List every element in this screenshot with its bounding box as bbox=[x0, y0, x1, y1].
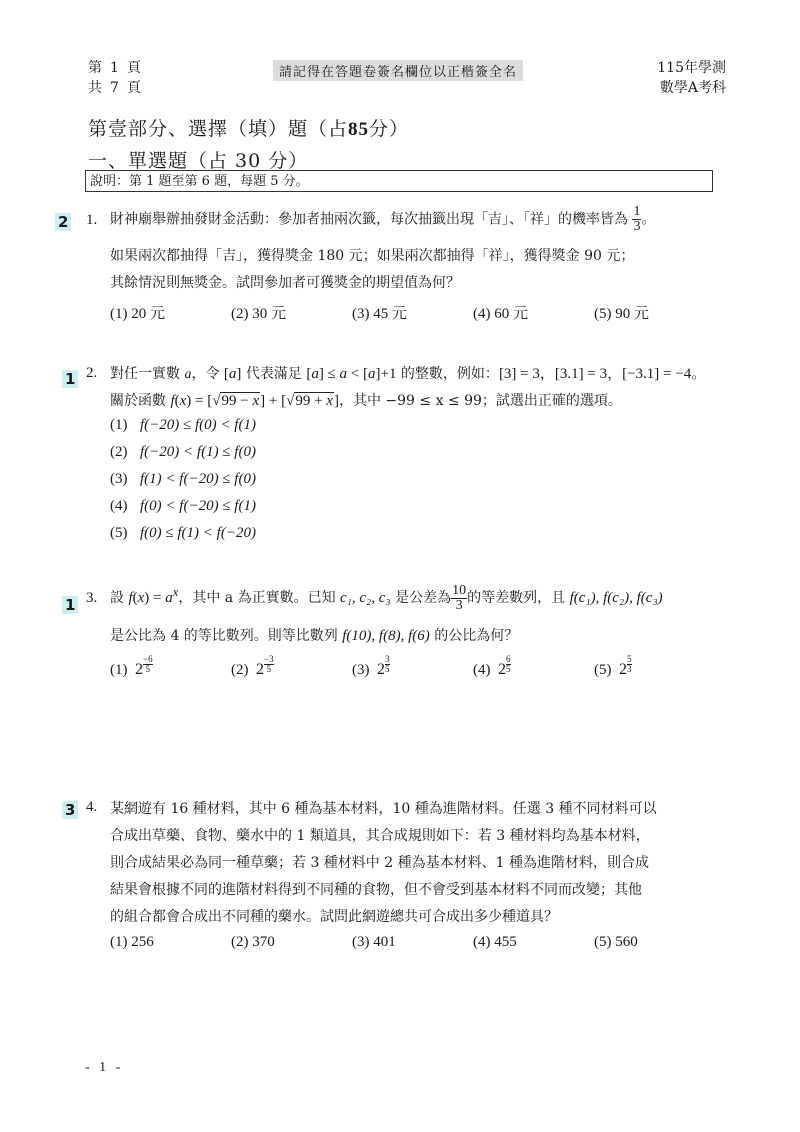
option-expression: f(0) ≤ f(1) < f(−20) bbox=[140, 525, 256, 541]
signature-reminder: 請記得在答題卷簽名欄位以正楷簽全名 bbox=[273, 60, 523, 81]
numerator: 10 bbox=[451, 584, 467, 599]
function-definition: f(x) = ax bbox=[128, 590, 178, 606]
option[interactable]: (5) 560 bbox=[594, 934, 715, 951]
page-label-suffix: 頁 bbox=[127, 58, 141, 78]
power-expression: 235 bbox=[377, 661, 390, 678]
question-text: 的整數，例如： bbox=[396, 366, 498, 382]
question-4-line-4: 結果會根據不同的進階材料得到不同種的食物，但不會受到基本材料不同而改變；其他 bbox=[110, 880, 642, 900]
option[interactable]: (4) 455 bbox=[473, 934, 594, 951]
instructions-box: 說明：第 1 題至第 6 題，每題 5 分。 bbox=[85, 170, 713, 192]
option[interactable]: (3)f(1) < f(−20) ≤ f(0) bbox=[110, 466, 256, 493]
question-2-line-2: 關於函數 f(x) = [√99 − x] + [√99 + x]，其中 −99… bbox=[110, 391, 622, 411]
option[interactable]: (4) 60 元 bbox=[473, 302, 594, 323]
option[interactable]: (5) 253 bbox=[594, 655, 715, 679]
base: 2 bbox=[498, 661, 506, 678]
answer-badge: 2 bbox=[55, 212, 71, 231]
option[interactable]: (3) 45 元 bbox=[352, 302, 473, 323]
question-4-line-5: 的組合都會合成出不同種的藥水。試問此網遊總共可合成出多少種道具？ bbox=[110, 907, 558, 927]
question-text: 財神廟舉辦抽發財金活動：參加者抽兩次籤，每次抽籤出現「吉」、「祥」的機率皆為 bbox=[110, 212, 628, 228]
option[interactable]: (4) 265 bbox=[473, 655, 594, 679]
option[interactable]: (1) 20 元 bbox=[110, 302, 231, 323]
answer-badge: 3 bbox=[62, 800, 78, 819]
question-3-options: (1) 2−65 (2) 2−35 (3) 235 (4) 265 (5) 25… bbox=[110, 655, 715, 679]
option[interactable]: (2) 2−35 bbox=[231, 655, 352, 679]
answer-badge: 1 bbox=[62, 369, 78, 388]
exponent-denominator: 5 bbox=[506, 665, 511, 674]
page-counter: 第1頁 共7頁 bbox=[88, 58, 141, 98]
page-number: 1 bbox=[110, 58, 119, 78]
option-label: (2) bbox=[110, 439, 140, 466]
power-expression: 265 bbox=[498, 661, 511, 678]
exam-info: 115年學測 數學A考科 bbox=[657, 58, 726, 98]
question-number: 1. bbox=[86, 212, 97, 229]
section-title-prefix: 第壹部分、選擇（填）題（占 bbox=[88, 118, 348, 140]
power-expression: 2−65 bbox=[135, 661, 153, 678]
option[interactable]: (1)f(−20) ≤ f(0) < f(1) bbox=[110, 412, 256, 439]
sequence-c: c₁, c₂, c₃ bbox=[340, 590, 391, 606]
option[interactable]: (3) 401 bbox=[352, 934, 473, 951]
floor-inequality: [a] ≤ a < [a]+1 bbox=[306, 366, 396, 382]
option-expression: f(1) < f(−20) ≤ f(0) bbox=[140, 471, 256, 487]
option-label: (1) bbox=[110, 412, 140, 439]
option-label: (4) bbox=[110, 493, 140, 520]
option[interactable]: (4)f(0) < f(−20) ≤ f(1) bbox=[110, 493, 256, 520]
answer-badge-value: 1 bbox=[62, 596, 78, 614]
option-label: (3) bbox=[352, 662, 370, 678]
option-expression: f(−20) < f(1) ≤ f(0) bbox=[140, 444, 256, 460]
option[interactable]: (5)f(0) ≤ f(1) < f(−20) bbox=[110, 520, 256, 547]
question-text: 關於函數 bbox=[110, 393, 170, 409]
question-1-line-3: 其餘情況則無獎金。試問參加者可獲獎金的期望值為何？ bbox=[110, 273, 460, 293]
question-text: 的公比為何？ bbox=[430, 628, 518, 644]
option-label: (3) bbox=[110, 466, 140, 493]
option-label: (5) bbox=[594, 662, 612, 678]
question-4-line-3: 則合成結果必為同一種草藥；若 3 種材料中 2 種為基本材料、1 種為進階材料，… bbox=[110, 853, 649, 873]
base: 2 bbox=[256, 661, 264, 678]
question-text: ，令 bbox=[191, 366, 223, 382]
question-1-line-2: 如果兩次都抽得「吉」，獲得獎金 180 元；如果兩次都抽得「祥」，獲得獎金 90… bbox=[110, 246, 634, 266]
question-3-line-1: 設 f(x) = ax，其中 a 為正實數。已知 c₁, c₂, c₃ 是公差為… bbox=[110, 582, 663, 613]
option-expression: f(0) < f(−20) ≤ f(1) bbox=[140, 498, 256, 514]
question-text: ，其中 a 為正實數。已知 bbox=[178, 590, 340, 606]
question-text: 設 bbox=[110, 590, 128, 606]
answer-badge-value: 1 bbox=[62, 370, 78, 388]
page-footer: - 1 - bbox=[85, 1060, 123, 1076]
base: 2 bbox=[135, 661, 143, 678]
base: 2 bbox=[619, 661, 627, 678]
question-text: 是公差為 bbox=[391, 590, 451, 606]
floor-a: [a] bbox=[224, 366, 242, 382]
punctuation: 。 bbox=[641, 212, 655, 228]
option-label: (4) bbox=[473, 662, 491, 678]
geometric-sequence: f(c₁), f(c₂), f(c₃) bbox=[570, 590, 663, 606]
option[interactable]: (1) 2−65 bbox=[110, 655, 231, 679]
section-title-suffix: 分） bbox=[369, 118, 409, 140]
page-label: 第 bbox=[88, 58, 102, 78]
base: 2 bbox=[377, 661, 385, 678]
denominator: 3 bbox=[456, 599, 463, 613]
total-label: 共 bbox=[88, 78, 102, 98]
fraction: 103 bbox=[451, 584, 467, 613]
question-2-line-1: 對任一實數 a，令 [a] 代表滿足 [a] ≤ a < [a]+1 的整數，例… bbox=[110, 364, 706, 385]
question-1-line-1: 財神廟舉辦抽發財金活動：參加者抽兩次籤，每次抽籤出現「吉」、「祥」的機率皆為 1… bbox=[110, 205, 655, 234]
question-text: 對任一實數 bbox=[110, 366, 184, 382]
exam-subject: 數學A考科 bbox=[657, 78, 726, 98]
question-text: 的等差數列，且 bbox=[467, 590, 569, 606]
floor-examples: [3] = 3，[3.1] = 3，[−3.1] = −4。 bbox=[499, 366, 706, 382]
question-1-options: (1) 20 元 (2) 30 元 (3) 45 元 (4) 60 元 (5) … bbox=[110, 302, 715, 323]
section-score: 85 bbox=[348, 119, 369, 140]
option[interactable]: (2) 30 元 bbox=[231, 302, 352, 323]
question-4-line-2: 合成出草藥、食物、藥水中的 1 類道具，其合成規則如下：若 3 種材料均為基本材… bbox=[110, 826, 650, 846]
denominator: 3 bbox=[633, 220, 640, 234]
option[interactable]: (2)f(−20) < f(1) ≤ f(0) bbox=[110, 439, 256, 466]
answer-badge-value: 2 bbox=[55, 213, 71, 231]
question-2-options: (1)f(−20) ≤ f(0) < f(1) (2)f(−20) < f(1)… bbox=[110, 412, 256, 547]
question-4-line-1: 某網遊有 16 種材料，其中 6 種為基本材料，10 種為進階材料。任選 3 種… bbox=[110, 799, 657, 819]
option-label: (1) bbox=[110, 662, 128, 678]
question-text: 是公比為 4 的等比數列。則等比數列 bbox=[110, 628, 342, 644]
exponent-denominator: 5 bbox=[267, 665, 272, 674]
answer-badge: 1 bbox=[62, 595, 78, 614]
question-number: 2. bbox=[86, 365, 97, 382]
question-number: 4. bbox=[86, 799, 97, 816]
total-label-suffix: 頁 bbox=[127, 78, 141, 98]
total-pages: 7 bbox=[110, 78, 119, 98]
power-expression: 2−35 bbox=[256, 661, 274, 678]
question-number: 3. bbox=[86, 590, 97, 607]
option[interactable]: (1) 256 bbox=[110, 934, 231, 951]
option-label: (2) bbox=[231, 662, 249, 678]
question-4-options: (1) 256 (2) 370 (3) 401 (4) 455 (5) 560 bbox=[110, 934, 715, 951]
question-text: 代表滿足 bbox=[241, 366, 306, 382]
exam-year: 115年學測 bbox=[657, 58, 726, 78]
option-expression: f(−20) ≤ f(0) < f(1) bbox=[140, 417, 256, 433]
geometric-sequence: f(10), f(8), f(6) bbox=[342, 628, 429, 644]
function-definition: f(x) = [√99 − x] + [√99 + x] bbox=[170, 392, 339, 409]
power-expression: 253 bbox=[619, 661, 632, 678]
answer-badge-value: 3 bbox=[62, 801, 78, 819]
question-3-line-2: 是公比為 4 的等比數列。則等比數列 f(10), f(8), f(6) 的公比… bbox=[110, 626, 518, 646]
option[interactable]: (5) 90 元 bbox=[594, 302, 715, 323]
option[interactable]: (3) 235 bbox=[352, 655, 473, 679]
option[interactable]: (2) 370 bbox=[231, 934, 352, 951]
subsection-title: 一、單選題（占 30 分） bbox=[88, 146, 308, 173]
exponent-denominator: 5 bbox=[385, 665, 390, 674]
question-text: ，其中 −99 ≤ x ≤ 99；試選出正確的選項。 bbox=[339, 393, 622, 409]
exponent-denominator: 5 bbox=[146, 665, 151, 674]
section-title: 第壹部分、選擇（填）題（占85分） bbox=[88, 114, 409, 141]
exponent-denominator: 3 bbox=[627, 665, 632, 674]
option-label: (5) bbox=[110, 520, 140, 547]
